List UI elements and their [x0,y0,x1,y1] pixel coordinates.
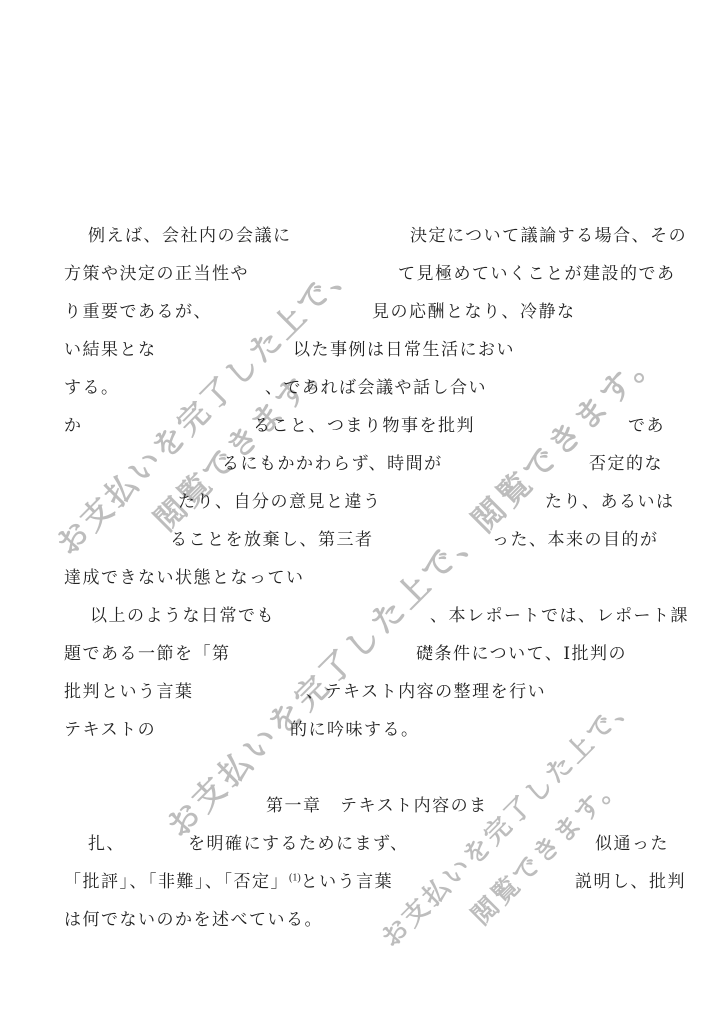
text-segment: った、本来の目的が [492,529,659,551]
footnote-marker: (1) [289,872,301,883]
text-segment: ること、つまり物事を批判 [253,415,475,437]
text-line: は何でないのかを述べている。 [0,909,724,935]
text-segment: 、であれば会議や話し合い [265,377,487,399]
text-segment: テキストの [64,719,156,741]
text-segment: たり、自分の意見と違う [178,491,382,513]
heading-line: 第一章 テキスト内容のま [0,795,724,821]
scanned-document-page: お支払いを完了した上で、閲覧できます。お支払いを完了した上で、閲覧できます。お支… [0,0,724,1024]
chapter-heading: 第一章 テキスト内容のま [266,795,488,817]
text-line: たり、自分の意見と違うたり、あるいは [0,491,724,517]
text-segment: 、テキスト内容の整理を行い [306,681,546,703]
text-segment: 方策や決定の正当性や [64,263,249,285]
text-segment: か [64,415,83,437]
text-segment: 、本レポートでは、レポート課 [430,605,689,627]
document-text-layer: 例えば、会社内の会議に決定について議論する場合、その方策や決定の正当性やて見極め… [0,0,724,1024]
text-segment: 批判という言葉 [64,681,194,703]
text-line: 達成できない状態となってい [0,567,724,593]
text-line: 扎、を明確にするためにまず、似通った [0,833,724,859]
text-segment: 否定的な [589,453,663,475]
text-line: 以上のような日常でも、本レポートでは、レポート課 [0,605,724,631]
text-line: 題である一節を「第礎条件について、Ⅰ批判の [0,643,724,669]
text-segment: い結果とな [64,339,157,361]
text-segment: 以た事例は日常生活におい [293,339,515,361]
text-line: する。、であれば会議や話し合い [0,377,724,403]
text-line: テキストの的に吟味する。 [0,719,724,745]
text-segment: ることを放棄し、第三者 [170,529,374,551]
text-segment: 以上のような日常でも [90,605,275,627]
text-segment: 的に吟味する。 [290,719,420,741]
text-line: 方策や決定の正当性やて見極めていくことが建設的であ [0,263,724,289]
text-segment: 例えば、会社内の会議に [88,225,292,247]
text-line: い結果とな以た事例は日常生活におい [0,339,724,365]
text-segment: り重要であるが、 [64,301,212,323]
text-segment: 決定について議論する場合、その [410,225,687,247]
text-segment: るにもかかわらず、時間が [222,453,443,475]
text-segment: 達成できない状態となってい [64,567,305,589]
text-segment: 礎条件について、Ⅰ批判の [416,643,627,665]
text-line: るにもかかわらず、時間が否定的な [0,453,724,479]
text-segment: 説明し、批判 [575,871,686,893]
text-segment: する。 [64,377,120,399]
text-line: り重要であるが、見の応酬となり、冷静な [0,301,724,327]
text-segment: であ [628,415,665,437]
text-line: ることを放棄し、第三者った、本来の目的が [0,529,724,555]
text-line: 批判という言葉、テキスト内容の整理を行い [0,681,724,707]
text-segment: 題である一節を「第 [64,643,231,665]
text-segment: 扎、 [88,833,125,855]
text-segment: 「批評」、「非難」、「否定」(1)という言葉 [64,871,393,893]
text-segment: は何でないのかを述べている。 [64,909,323,931]
text-segment: を明確にするためにまず、 [188,833,409,855]
text-segment: 見の応酬となり、冷静な [372,301,576,323]
text-line: 「批評」、「非難」、「否定」(1)という言葉説明し、批判 [0,871,724,897]
text-line: かること、つまり物事を批判であ [0,415,724,441]
text-segment: たり、あるいは [545,491,675,513]
text-line: 例えば、会社内の会議に決定について議論する場合、その [0,225,724,251]
text-segment: 似通った [595,833,669,855]
text-segment: て見極めていくことが建設的であ [398,263,676,285]
